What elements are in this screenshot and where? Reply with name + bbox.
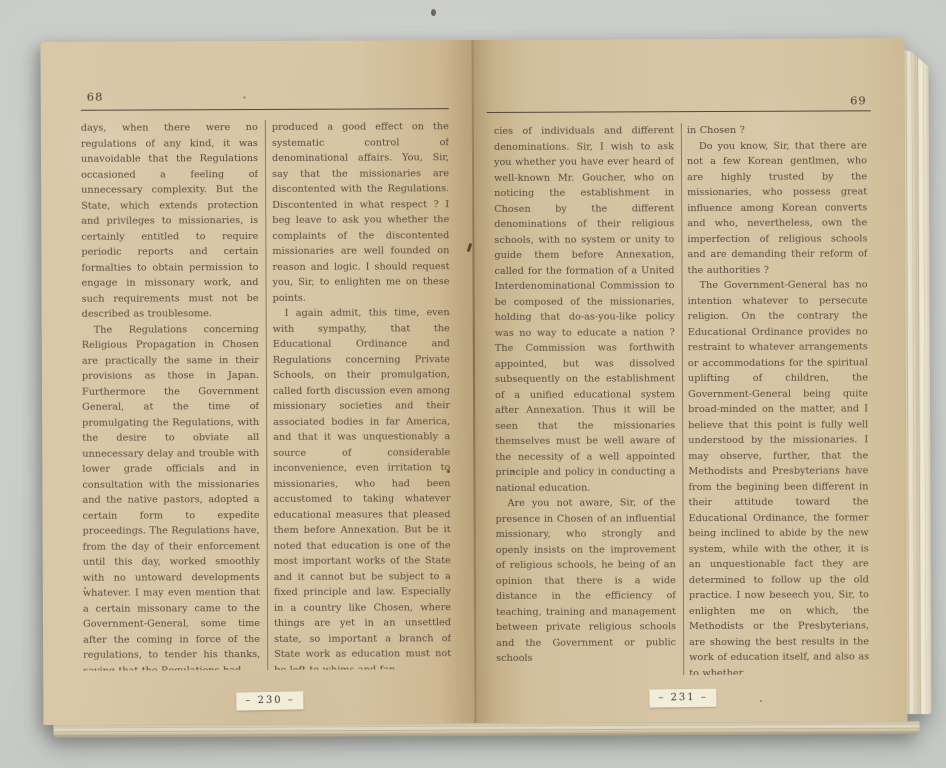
foxing-speck — [512, 470, 515, 473]
right-header-rule — [487, 110, 871, 113]
paragraph: The Government-General has no intention … — [688, 277, 870, 675]
left-page: 68 days, when there were no regulations … — [40, 40, 475, 725]
foxing-speck — [431, 9, 436, 16]
foxing-speck — [760, 700, 762, 702]
foxing-speck — [243, 96, 246, 99]
paragraph: in Chosen ? — [687, 122, 867, 138]
photo-background: 68 days, when there were no regulations … — [0, 0, 946, 768]
paragraph: cies of individuals and different denomi… — [494, 123, 676, 496]
paragraph: Do you know, Sir, that there are not a f… — [687, 138, 868, 278]
left-header-rule — [81, 108, 449, 111]
paragraph: I again admit, this time, even with symp… — [273, 305, 452, 670]
right-page-number: 69 — [850, 93, 867, 107]
paragraph: Are you not aware, Sir, of the presence … — [495, 495, 676, 666]
left-page-column-1: days, when there were no regulations of … — [81, 120, 260, 671]
left-text-block: days, when there were no regulations of … — [81, 119, 451, 671]
open-book: 68 days, when there were no regulations … — [40, 38, 933, 738]
right-page-column-1: cies of individuals and different denomi… — [494, 123, 676, 676]
paragraph: The Regulations concerning Religious Pro… — [82, 321, 261, 670]
left-folio-label: – 230 – — [236, 691, 304, 710]
right-folio-label: – 231 – — [649, 689, 717, 708]
paragraph: days, when there were no regulations of … — [81, 120, 259, 322]
right-page: 69 cies of individuals and different den… — [472, 38, 907, 723]
right-page-column-2: in Chosen ? Do you know, Sir, that there… — [687, 122, 869, 675]
foxing-speck — [350, 546, 352, 548]
left-page-column-2: produced a good effect on the systematic… — [272, 119, 451, 670]
right-text-block: cies of individuals and different denomi… — [494, 122, 869, 676]
foxing-speck — [84, 587, 86, 589]
paragraph: produced a good effect on the systematic… — [272, 119, 450, 306]
left-page-number: 68 — [87, 90, 104, 104]
foxing-speck — [447, 470, 450, 473]
